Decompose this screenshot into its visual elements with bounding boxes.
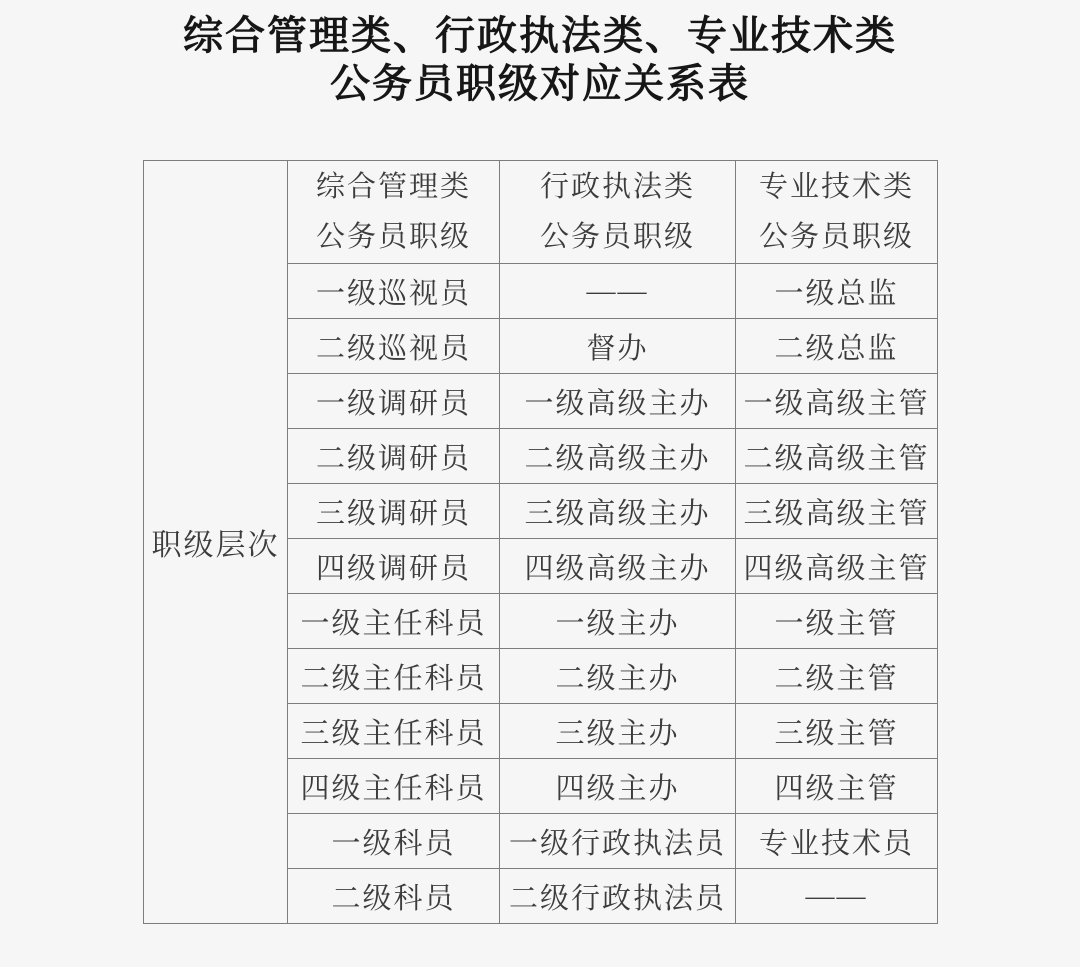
table-cell: 三级高级主办	[500, 484, 736, 539]
header-line: 行政执法类	[500, 171, 735, 203]
table-cell: 一级主办	[500, 594, 736, 649]
table-cell: 一级总监	[736, 264, 938, 319]
table-cell: 四级主管	[736, 759, 938, 814]
table-cell: 四级调研员	[288, 539, 500, 594]
row-header-rank-level: 职级层次	[144, 161, 288, 924]
page-title: 综合管理类、行政执法类、专业技术类 公务员职级对应关系表	[0, 0, 1080, 108]
table-cell: 二级主任科员	[288, 649, 500, 704]
table-cell: 四级主办	[500, 759, 736, 814]
header-line: 专业技术类	[736, 171, 937, 203]
table-cell: 二级主管	[736, 649, 938, 704]
table-cell: ——	[500, 264, 736, 319]
table-cell: 四级高级主办	[500, 539, 736, 594]
table-cell: 二级调研员	[288, 429, 500, 484]
table-cell: 三级主管	[736, 704, 938, 759]
table-cell: ——	[736, 869, 938, 924]
table-cell: 一级调研员	[288, 374, 500, 429]
table-cell: 一级主管	[736, 594, 938, 649]
table-cell: 一级高级主管	[736, 374, 938, 429]
table-cell: 一级高级主办	[500, 374, 736, 429]
page-title-line-1: 综合管理类、行政执法类、专业技术类	[0, 12, 1080, 60]
page-title-line-2: 公务员职级对应关系表	[0, 60, 1080, 108]
table-cell: 三级高级主管	[736, 484, 938, 539]
table-cell: 二级主办	[500, 649, 736, 704]
table-cell: 一级主任科员	[288, 594, 500, 649]
header-line: 公务员职级	[288, 221, 499, 253]
table-cell: 督办	[500, 319, 736, 374]
table-cell: 一级科员	[288, 814, 500, 869]
table-cell: 三级主任科员	[288, 704, 500, 759]
header-cell-professional-technical: 专业技术类 公务员职级	[736, 161, 938, 264]
table-cell: 一级行政执法员	[500, 814, 736, 869]
table-cell: 二级行政执法员	[500, 869, 736, 924]
table-cell: 二级高级主管	[736, 429, 938, 484]
header-cell-comprehensive-management: 综合管理类 公务员职级	[288, 161, 500, 264]
table-cell: 二级总监	[736, 319, 938, 374]
table-cell: 四级高级主管	[736, 539, 938, 594]
table-cell: 一级巡视员	[288, 264, 500, 319]
header-cell-administrative-enforcement: 行政执法类 公务员职级	[500, 161, 736, 264]
table-cell: 专业技术员	[736, 814, 938, 869]
table-header-row: 职级层次 综合管理类 公务员职级 行政执法类 公务员职级 专业技术类 公务员职级	[144, 161, 938, 264]
table-cell: 二级高级主办	[500, 429, 736, 484]
header-line: 公务员职级	[500, 221, 735, 253]
table-cell: 四级主任科员	[288, 759, 500, 814]
table-cell: 二级科员	[288, 869, 500, 924]
header-line: 公务员职级	[736, 221, 937, 253]
header-line: 综合管理类	[288, 171, 499, 203]
table-cell: 二级巡视员	[288, 319, 500, 374]
rank-correspondence-table: 职级层次 综合管理类 公务员职级 行政执法类 公务员职级 专业技术类 公务员职级…	[143, 160, 938, 924]
table-cell: 三级主办	[500, 704, 736, 759]
table-cell: 三级调研员	[288, 484, 500, 539]
